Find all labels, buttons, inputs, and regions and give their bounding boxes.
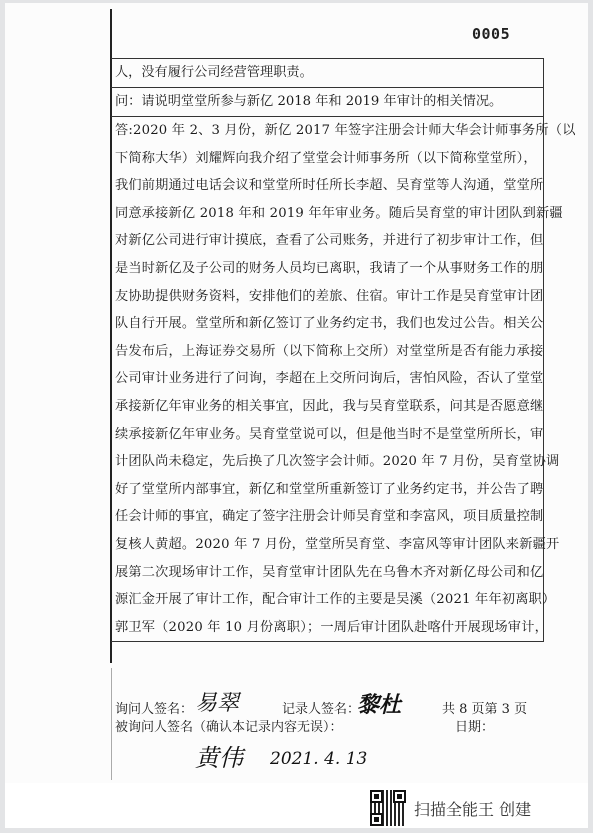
interviewee-signature: 黄伟	[195, 738, 243, 773]
qr-code-icon	[370, 790, 406, 826]
date-label: 日期：	[455, 716, 494, 735]
page-count: 共 8 页第 3 页	[442, 698, 527, 717]
scanned-page: 0005 人，没有履行公司经营管理职责。 问：请说明堂堂所参与新亿 2018 年…	[5, 3, 588, 783]
interviewee-label: 被询问人签名（确认本记录内容无误）：	[115, 716, 343, 735]
interviewee-date: 2021. 4. 13	[270, 749, 367, 769]
interrogator-signature: 易翠	[195, 686, 239, 717]
interrogator-label: 询问人签名：	[115, 698, 193, 717]
watermark-text: 扫描全能王 创建	[414, 797, 531, 820]
recorder-label: 记录人签名：	[282, 698, 360, 717]
scanner-watermark: 扫描全能王 创建	[370, 790, 531, 826]
document-page: 0005 人，没有履行公司经营管理职责。 问：请说明堂堂所参与新亿 2018 年…	[5, 3, 588, 828]
signature-block: 询问人签名： 易翠 记录人签名： 黎杜 共 8 页第 3 页 被询问人签名（确认…	[5, 3, 588, 783]
recorder-signature: 黎杜	[357, 688, 401, 719]
